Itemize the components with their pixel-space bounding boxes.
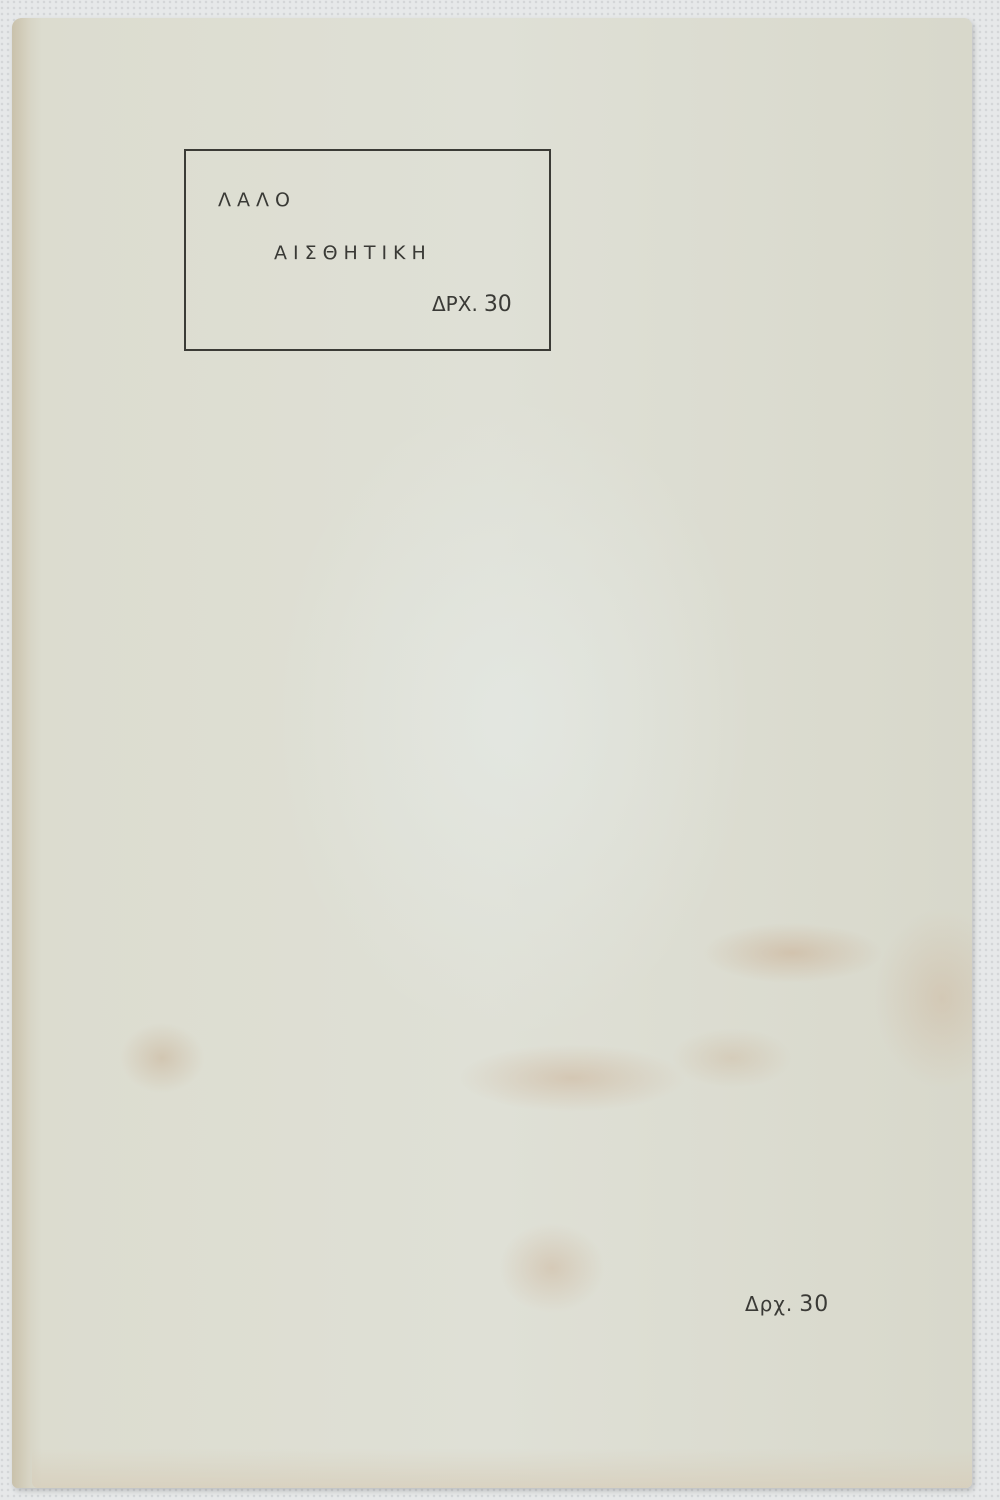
- label-price-value: 30: [484, 292, 512, 317]
- label-price: ΔΡΧ.30: [432, 292, 512, 317]
- bottom-price-value: 30: [799, 1292, 829, 1317]
- bottom-price: Δρχ.30: [745, 1292, 829, 1317]
- bottom-price-prefix: Δρχ.: [745, 1292, 793, 1316]
- title-label-box: ΛΑΛΟ ΑΙΣΘΗΤΙΚΗ ΔΡΧ.30: [184, 149, 551, 351]
- label-price-prefix: ΔΡΧ.: [432, 292, 478, 316]
- author-name: ΛΑΛΟ: [218, 189, 296, 211]
- book-back-cover: ΛΑΛΟ ΑΙΣΘΗΤΙΚΗ ΔΡΧ.30 Δρχ.30: [12, 18, 972, 1488]
- book-title: ΑΙΣΘΗΤΙΚΗ: [274, 242, 432, 264]
